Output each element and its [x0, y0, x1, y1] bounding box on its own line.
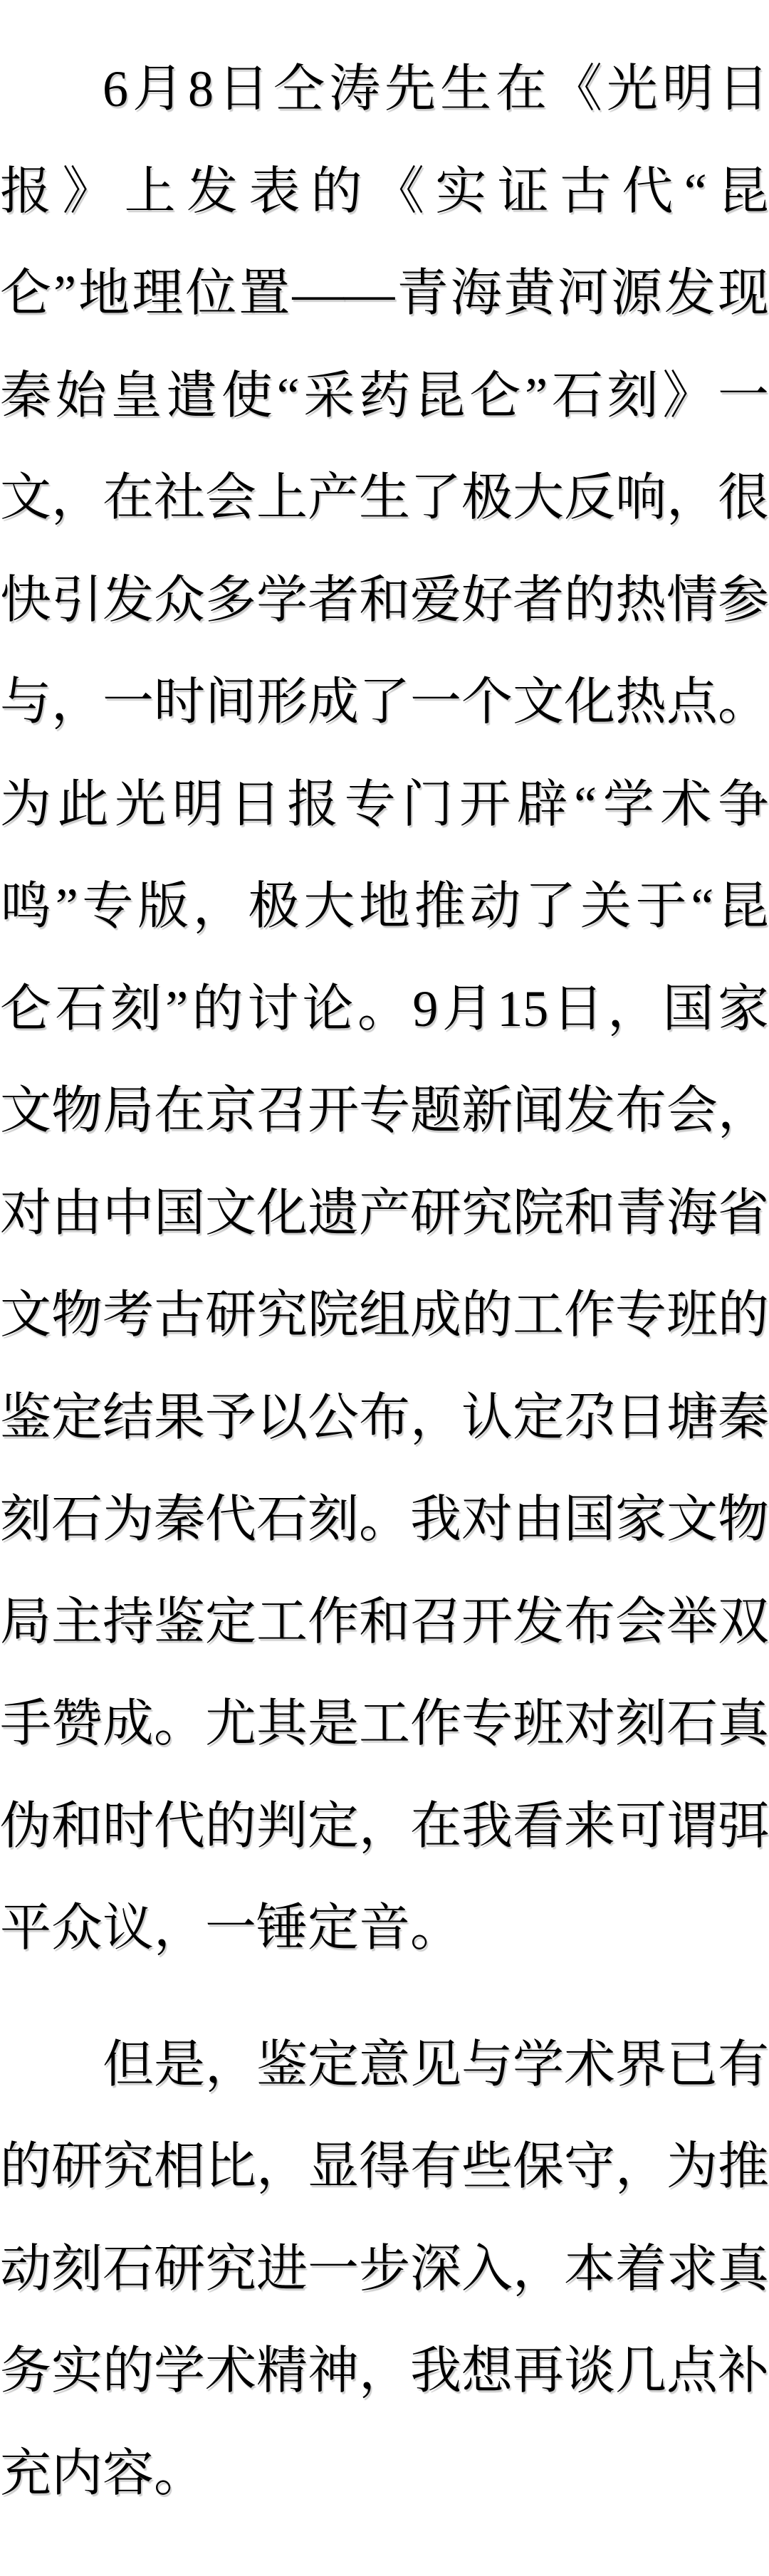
- text-line: 快引发众多学者和爱好者的热情参: [0, 550, 769, 652]
- text-line: 报》上发表的《实证古代“昆: [0, 141, 769, 244]
- text-line: 务实的学术精神，我想再谈几点补: [0, 2320, 769, 2423]
- text-line: 6月8日仝涛先生在《光明日: [0, 38, 769, 141]
- text-line: 伪和时代的判定，在我看来可谓弭: [0, 1776, 769, 1878]
- text-line: 对由中国文化遗产研究院和青海省: [0, 1163, 769, 1265]
- text-line: 的研究相比，显得有些保守，为推: [0, 2116, 769, 2219]
- text-line: 刻石为秦代石刻。我对由国家文物: [0, 1469, 769, 1571]
- article-body: 6月8日仝涛先生在《光明日报》上发表的《实证古代“昆仑”地理位置——青海黄河源发…: [0, 38, 769, 2525]
- text-line: 仑”地理位置——青海黄河源发现: [0, 243, 769, 345]
- text-line: 鸣”专版，极大地推动了关于“昆: [0, 856, 769, 958]
- text-line: 仑石刻”的讨论。9月15日，国家: [0, 958, 769, 1061]
- text-line: 动刻石研究进一步深入，本着求真: [0, 2219, 769, 2321]
- text-line: 文物考古研究院组成的工作专班的: [0, 1265, 769, 1367]
- text-line: 局主持鉴定工作和召开发布会举双: [0, 1571, 769, 1674]
- text-line: 充内容。: [0, 2423, 769, 2525]
- text-line: 秦始皇遣使“采药昆仑”石刻》一: [0, 345, 769, 448]
- paragraph: 6月8日仝涛先生在《光明日报》上发表的《实证古代“昆仑”地理位置——青海黄河源发…: [0, 38, 769, 1980]
- text-line: 手赞成。尤其是工作专班对刻石真: [0, 1673, 769, 1776]
- text-line: 文，在社会上产生了极大反响，很: [0, 447, 769, 550]
- text-line: 与，一时间形成了一个文化热点。: [0, 651, 769, 754]
- text-line: 平众议，一锤定音。: [0, 1878, 769, 1980]
- text-line: 鉴定结果予以公布，认定尕日塘秦: [0, 1367, 769, 1470]
- text-line: 文物局在京召开专题新闻发布会，: [0, 1060, 769, 1163]
- paragraph: 但是，鉴定意见与学术界已有的研究相比，显得有些保守，为推动刻石研究进一步深入，本…: [0, 2014, 769, 2525]
- text-line: 但是，鉴定意见与学术界已有: [0, 2014, 769, 2117]
- document-page: 6月8日仝涛先生在《光明日报》上发表的《实证古代“昆仑”地理位置——青海黄河源发…: [0, 0, 769, 2576]
- text-line: 为此光明日报专门开辟“学术争: [0, 754, 769, 857]
